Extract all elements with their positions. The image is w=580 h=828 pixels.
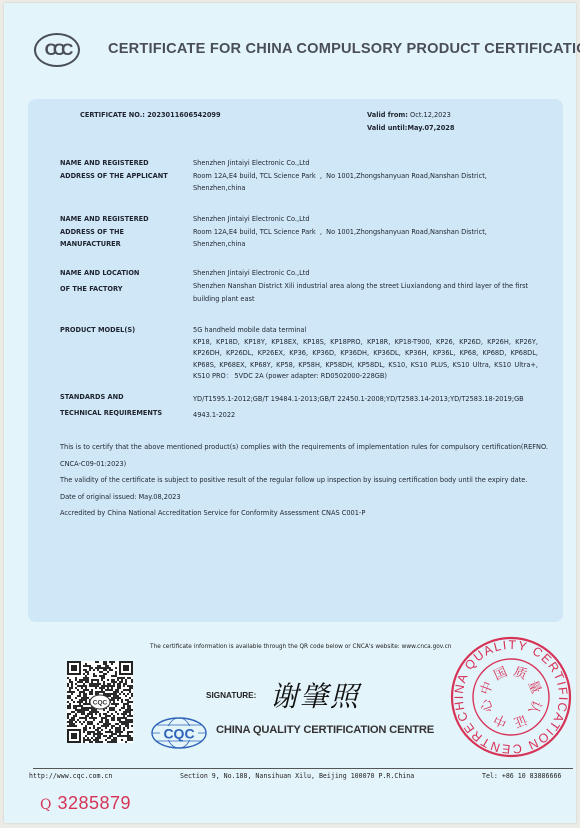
manufacturer-address-line1: Room 12A,E4 build, TCL Science Park , No… — [193, 226, 538, 239]
svg-text:CQC: CQC — [163, 726, 194, 742]
svg-text:量: 量 — [525, 678, 544, 696]
valid-until-value: May.07,2028 — [407, 124, 454, 132]
manufacturer-address-line2: Shenzhen,china — [193, 238, 538, 251]
standards-label: STANDARDS AND TECHNICAL REQUIREMENTS — [60, 393, 188, 417]
statement-accreditation: Accredited by China National Accreditati… — [60, 505, 548, 522]
serial-value: 3285879 — [57, 793, 131, 813]
certificate-details-panel: CERTIFICATE NO.: 2023011606542099 Valid … — [28, 99, 563, 622]
qr-code-icon: CQC — [67, 661, 133, 743]
applicant-name: Shenzhen Jintaiyi Electronic Co.,Ltd — [193, 157, 538, 170]
applicant-address-line2: Shenzhen,china — [193, 182, 538, 195]
product-models: KP18, KP18D, KP18Y, KP18EX, KP18S, KP18P… — [193, 337, 538, 383]
factory-address: Shenzhen Nanshan District Xili industria… — [193, 280, 538, 306]
certification-statements: This is to certify that the above mentio… — [60, 439, 548, 522]
official-seal: CHINA QUALITY CERTIFICATION CENTRE 中国质量认… — [449, 635, 573, 759]
product-label: PRODUCT MODEL(S) — [60, 325, 188, 337]
svg-text:CHINA QUALITY CERTIFICATION CE: CHINA QUALITY CERTIFICATION CENTRE — [449, 635, 573, 759]
cqc-logo-icon: CQC — [150, 716, 208, 750]
factory-label: NAME AND LOCATION OF THE FACTORY — [60, 269, 188, 293]
footer-address: Section 9, No.188, Nansihuan Xilu, Beiji… — [180, 772, 414, 780]
serial-number: Q3285879 — [40, 793, 131, 814]
certificate-number-label: CERTIFICATE NO.: — [80, 111, 145, 119]
manufacturer-name: Shenzhen Jintaiyi Electronic Co.,Ltd — [193, 213, 538, 226]
validity-period: Valid from: Oct.12,2023 Valid until:May.… — [367, 109, 454, 135]
ccc-logo-text: CCC — [45, 40, 70, 60]
signature: 谢肇照 — [270, 675, 360, 715]
verification-qr-code[interactable]: CQC — [67, 661, 133, 743]
manufacturer-label: NAME AND REGISTERED ADDRESS OF THE MANUF… — [60, 213, 188, 251]
applicant-label: NAME AND REGISTERED ADDRESS OF THE APPLI… — [60, 157, 188, 182]
svg-text:心: 心 — [478, 696, 497, 714]
valid-until: Valid until:May.07,2028 — [367, 122, 454, 135]
valid-from-value: Oct.12,2023 — [410, 111, 451, 119]
qr-verification-note: The certificate information is available… — [150, 644, 451, 650]
product-value: 5G handheld mobile data terminal KP18, K… — [193, 325, 538, 383]
svg-text:认: 认 — [525, 698, 544, 716]
svg-text:CQC: CQC — [93, 700, 108, 707]
footer-divider — [33, 768, 573, 769]
valid-from-label: Valid from: — [367, 111, 408, 119]
standards-value: YD/T1595.1-2012;GB/T 19484.1-2013;GB/T 2… — [193, 391, 538, 423]
statement-validity: The validity of the certificate is subje… — [60, 472, 548, 489]
footer-telephone: Tel: +86 10 83886666 — [482, 772, 561, 780]
statement-compliance: This is to certify that the above mentio… — [60, 439, 548, 472]
factory-name: Shenzhen Jintaiyi Electronic Co.,Ltd — [193, 267, 538, 280]
issuer-name: CHINA QUALITY CERTIFICATION CENTRE — [216, 724, 434, 736]
certificate-number-value: 2023011606542099 — [147, 111, 220, 119]
footer-website: http://www.cqc.com.cn — [29, 772, 112, 780]
svg-text:中: 中 — [477, 679, 496, 697]
certificate-number: CERTIFICATE NO.: 2023011606542099 — [80, 111, 221, 119]
serial-prefix: Q — [40, 797, 51, 813]
valid-until-label: Valid until: — [367, 124, 407, 132]
valid-from: Valid from: Oct.12,2023 — [367, 109, 454, 122]
manufacturer-value: Shenzhen Jintaiyi Electronic Co.,Ltd Roo… — [193, 213, 538, 251]
svg-text:证: 证 — [511, 711, 529, 730]
certificate-sheet: CCC CERTIFICATE FOR CHINA COMPULSORY PRO… — [4, 3, 576, 823]
statement-original-issue-date: Date of original issued: May.08,2023 — [60, 489, 548, 506]
certificate-header: CCC CERTIFICATE FOR CHINA COMPULSORY PRO… — [4, 3, 576, 93]
applicant-address-line1: Room 12A,E4 build, TCL Science Park , No… — [193, 170, 538, 183]
svg-text:国: 国 — [492, 665, 510, 684]
signature-label: SIGNATURE: — [206, 691, 256, 700]
document-title: CERTIFICATE FOR CHINA COMPULSORY PRODUCT… — [108, 41, 580, 57]
factory-value: Shenzhen Jintaiyi Electronic Co.,Ltd She… — [193, 267, 538, 306]
svg-text:中: 中 — [491, 710, 509, 730]
ccc-logo-icon: CCC — [34, 33, 80, 67]
svg-text:质: 质 — [511, 664, 529, 683]
applicant-value: Shenzhen Jintaiyi Electronic Co.,Ltd Roo… — [193, 157, 538, 195]
product-description: 5G handheld mobile data terminal — [193, 325, 538, 337]
